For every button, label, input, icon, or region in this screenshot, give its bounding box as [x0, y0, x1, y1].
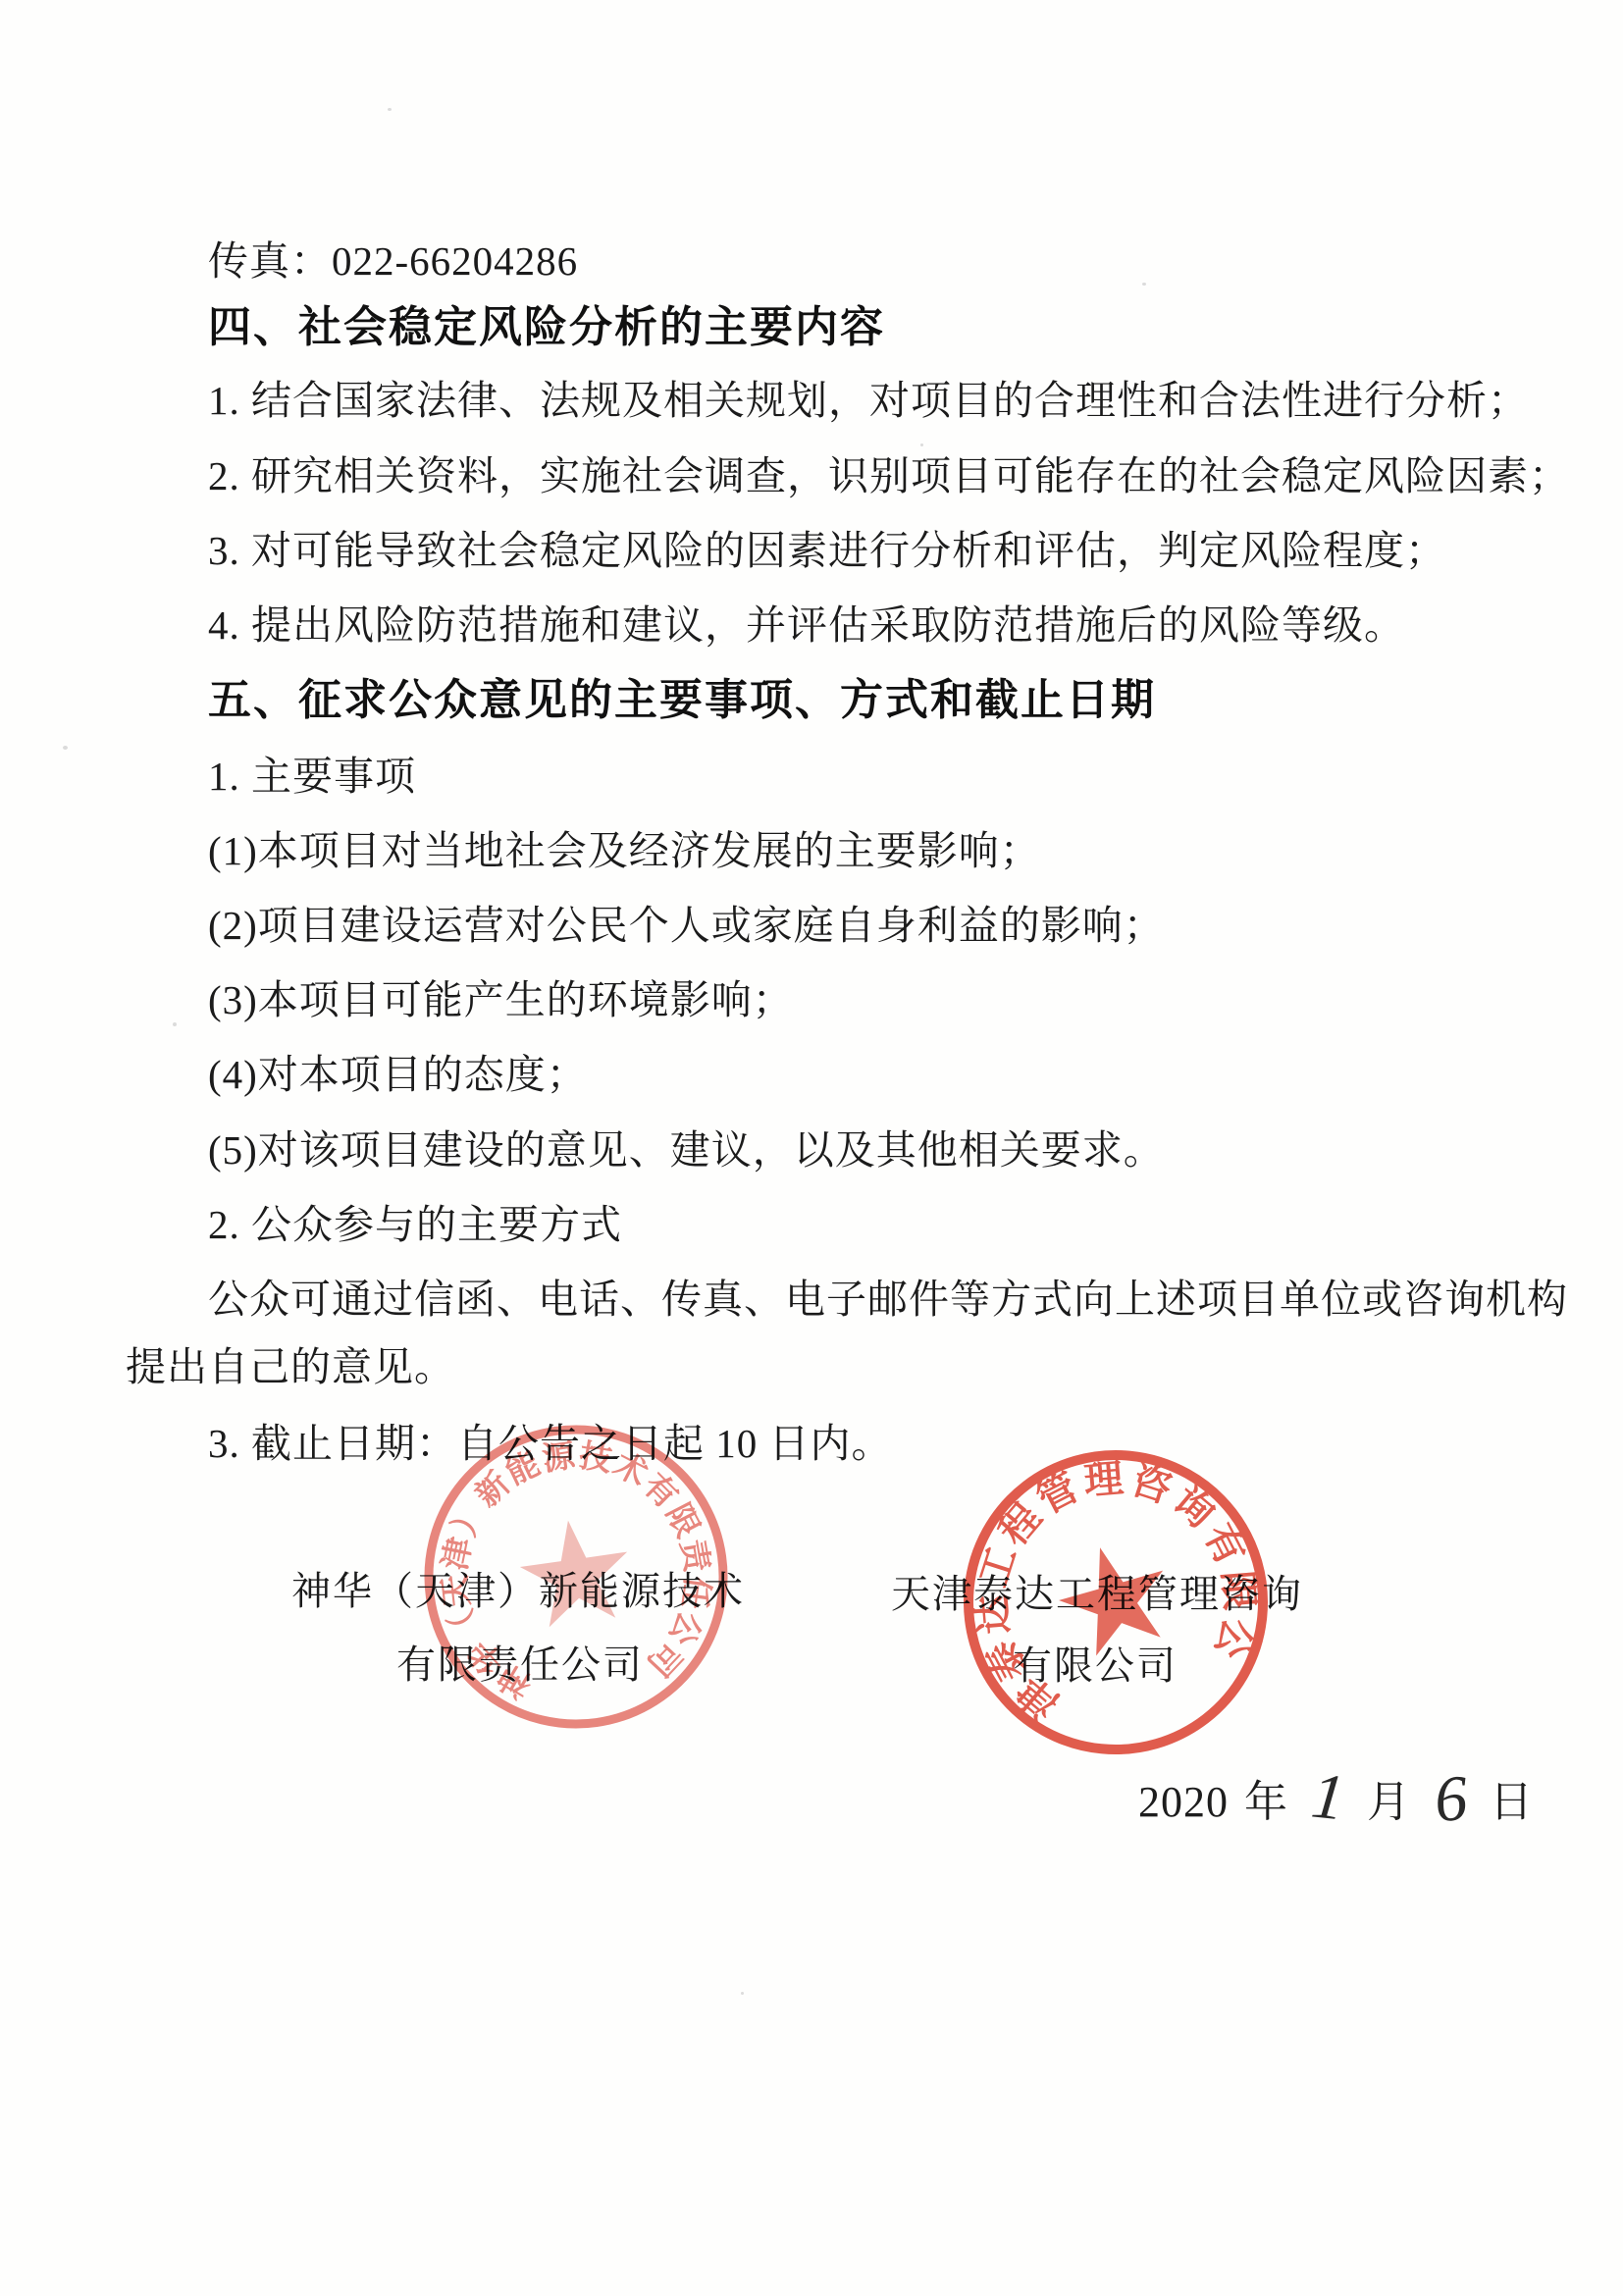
section-4-item-1: 1. 结合国家法律、法规及相关规划，对项目的合理性和合法性进行分析；: [208, 381, 1529, 421]
left-seal-star-icon: [514, 1513, 636, 1630]
section-4-item-4: 4. 提出风险防范措施和建议，并评估采取防范措施后的风险等级。: [208, 605, 1405, 646]
matter-1: (1)本项目对当地社会及经济发展的主要影响；: [208, 831, 1041, 871]
right-company-seal: 天津泰达工程管理咨询有限公司: [916, 1402, 1316, 1802]
section-5-item-1: 1. 主要事项: [208, 757, 416, 797]
scan-speck: [173, 1022, 177, 1026]
right-seal-star-icon: [1048, 1533, 1180, 1661]
right-seal-graphic: 天津泰达工程管理咨询有限公司: [916, 1402, 1316, 1802]
scan-speck: [1142, 283, 1146, 286]
matter-4: (4)对本项目的态度；: [208, 1055, 588, 1095]
section-4-item-3: 3. 对可能导致社会稳定风险的因素进行分析和评估，判定风险程度；: [208, 531, 1446, 571]
date-month-unit: 月: [1367, 1778, 1411, 1826]
date-line: 2020年1月6日: [1138, 1766, 1551, 1829]
date-day-unit: 日: [1490, 1778, 1534, 1826]
scan-speck: [920, 444, 923, 446]
left-company-seal: 神华（天津）新能源技术有限责任公司: [393, 1394, 759, 1760]
date-month-handwritten: 1: [1312, 1796, 1345, 1800]
document-page: 传真：022-66204286 四、社会稳定风险分析的主要内容 1. 结合国家法…: [0, 0, 1623, 2296]
participation-text-1: 公众可通过信函、电话、传真、电子邮件等方式向上述项目单位或咨询机构: [208, 1279, 1568, 1320]
matter-3: (3)本项目可能产生的环境影响；: [208, 980, 794, 1020]
matter-2: (2)项目建设运营对公民个人或家庭自身利益的影响；: [208, 906, 1165, 946]
left-seal-graphic: 神华（天津）新能源技术有限责任公司: [393, 1394, 759, 1760]
section-4-item-2: 2. 研究相关资料，实施社会调查，识别项目可能存在的社会稳定风险因素；: [208, 456, 1570, 496]
scan-speck: [388, 108, 392, 111]
section-5-item-2: 2. 公众参与的主要方式: [208, 1205, 622, 1245]
matter-5: (5)对该项目建设的意见、建议，以及其他相关要求。: [208, 1130, 1165, 1171]
section-4-heading: 四、社会稳定风险分析的主要内容: [208, 306, 885, 349]
participation-text-2: 提出自己的意见。: [126, 1347, 455, 1387]
date-year-unit: 年: [1244, 1778, 1288, 1826]
scan-speck: [63, 746, 68, 750]
section-5-heading: 五、征求公众意见的主要事项、方式和截止日期: [208, 679, 1156, 722]
scan-speck: [741, 1992, 744, 1995]
fax-number-line: 传真：022-66204286: [208, 241, 578, 282]
date-year: 2020: [1138, 1778, 1229, 1826]
date-day-handwritten: 6: [1435, 1799, 1468, 1800]
